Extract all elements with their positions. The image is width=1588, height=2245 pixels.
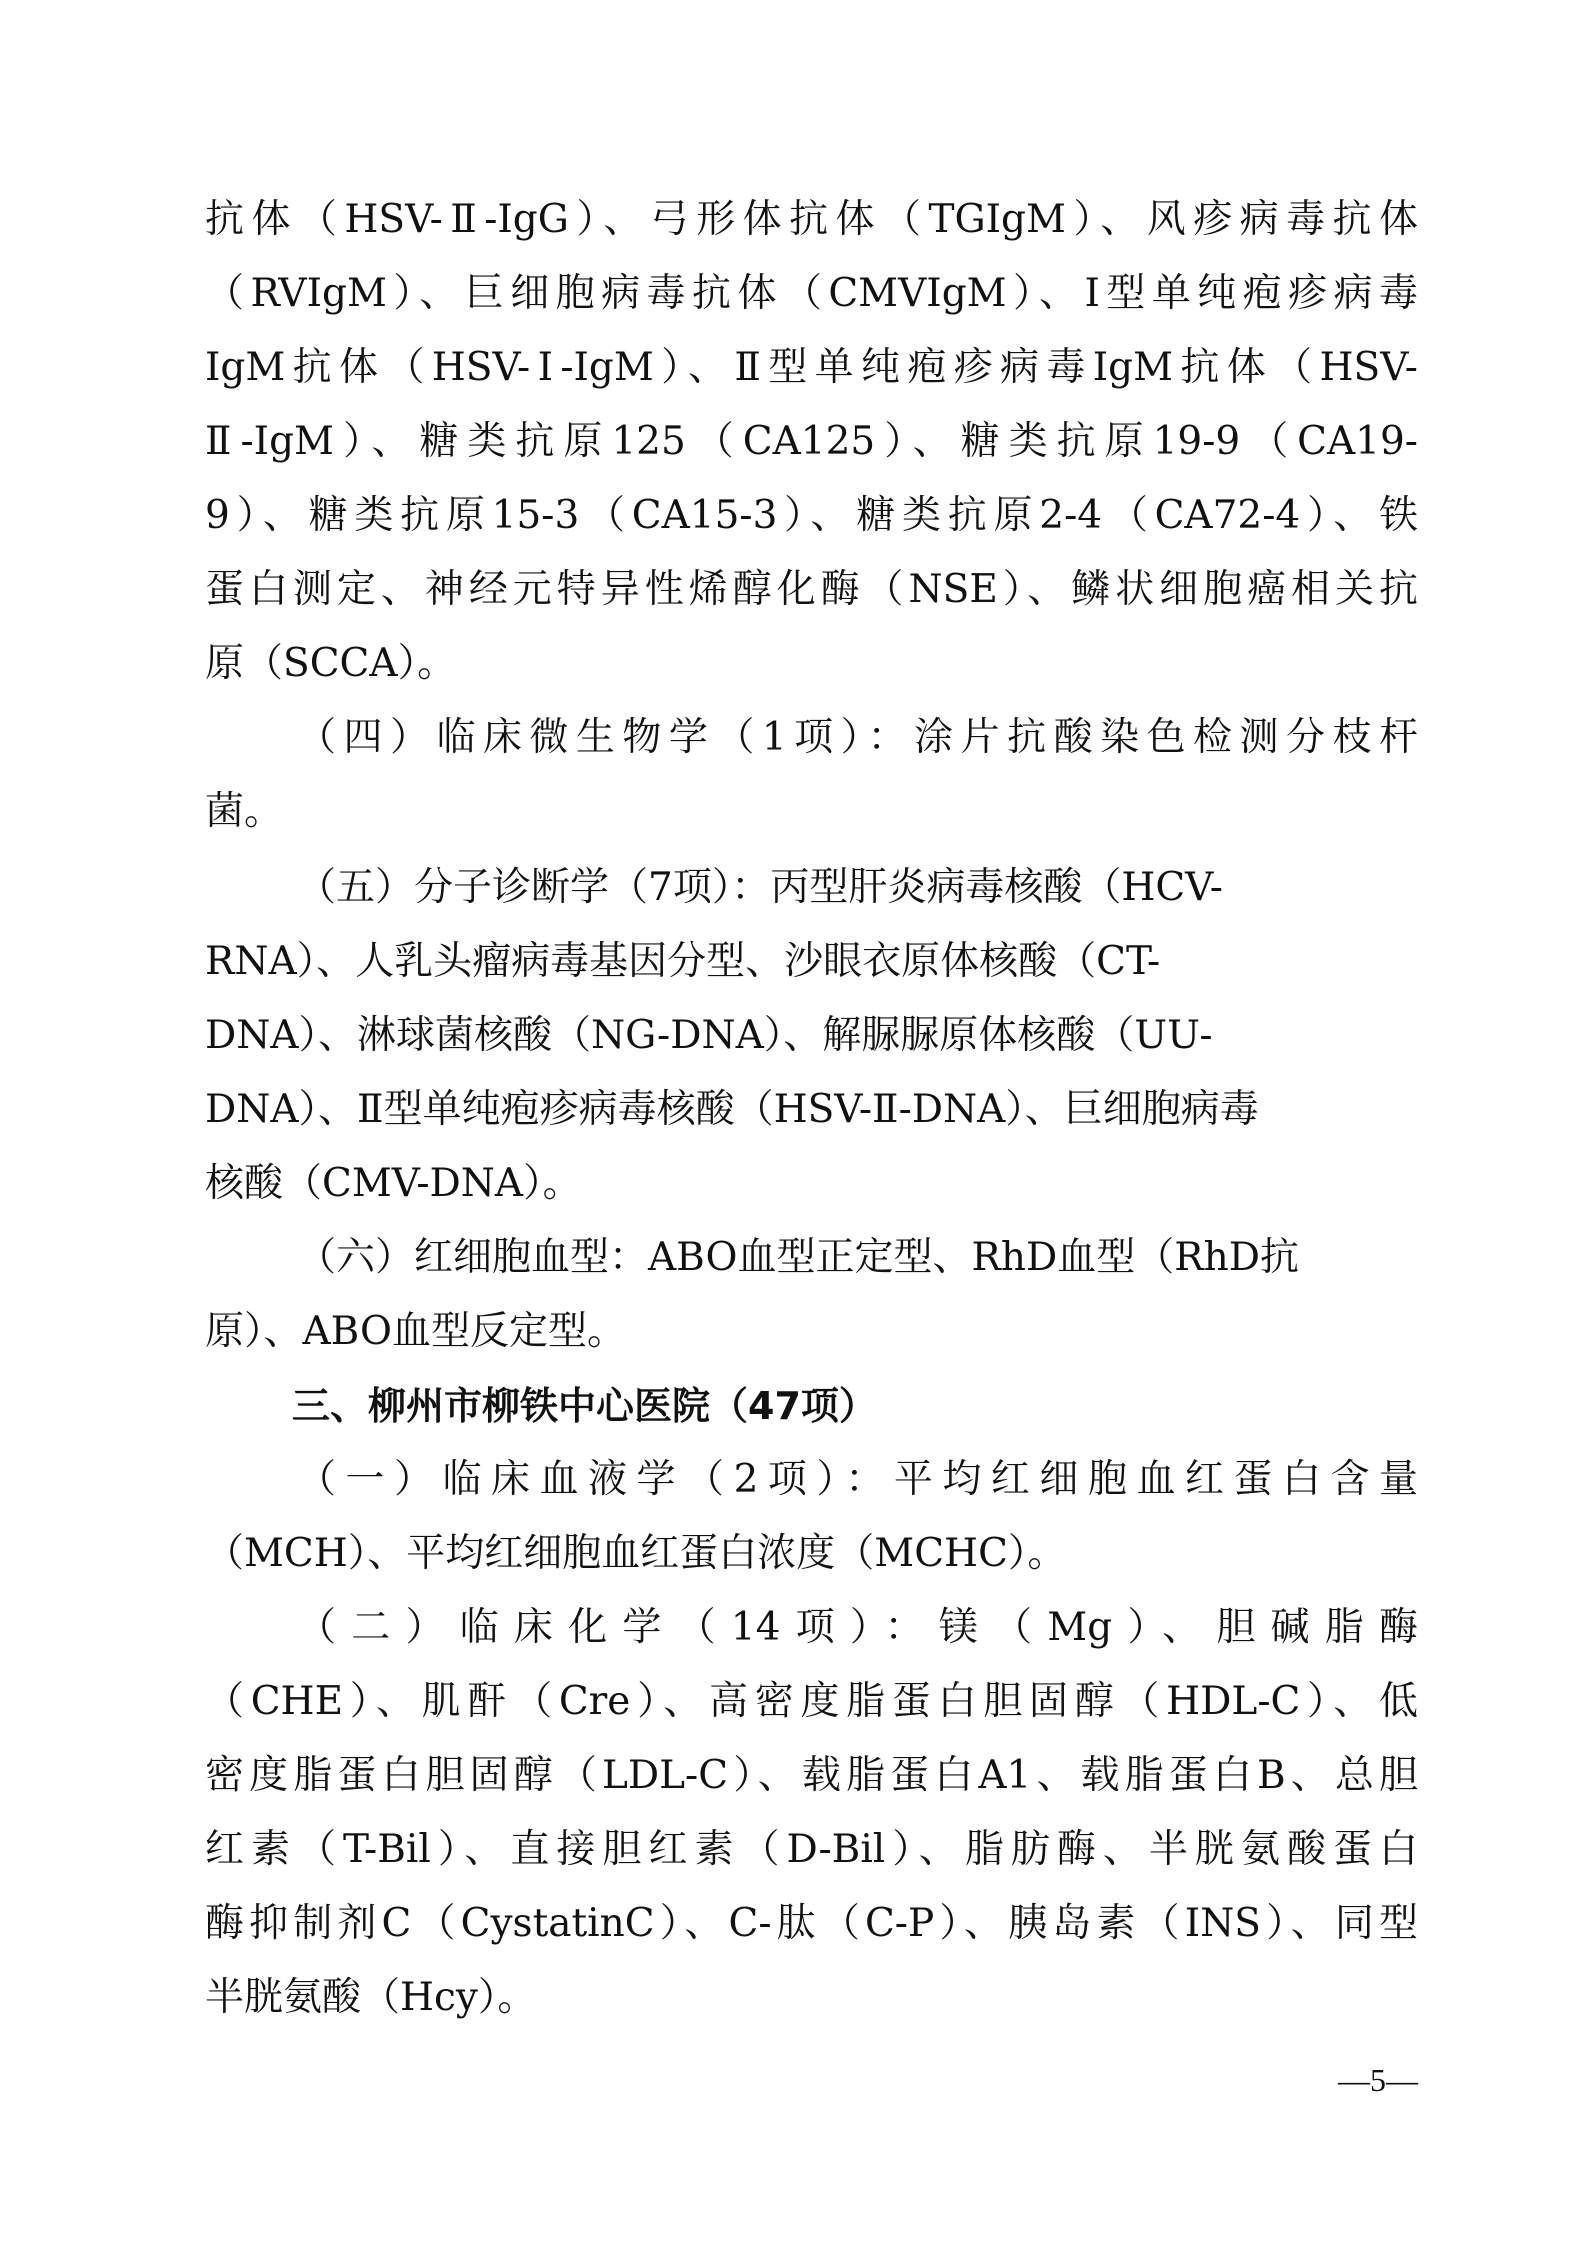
- paragraph-line: 密度脂蛋白胆固醇（LDL-C）、载脂蛋白A1、载脂蛋白B、总胆: [205, 1746, 1418, 1806]
- paragraph-line: （RVIgM）、巨细胞病毒抗体（CMVIgM）、Ⅰ型单纯疱疹病毒: [205, 264, 1418, 324]
- paragraph-line: 原（SCCA）。: [205, 634, 1418, 694]
- paragraph-line: 菌。: [205, 782, 1418, 842]
- paragraph-line: 蛋白测定、神经元特异性烯醇化酶（NSE）、鳞状细胞癌相关抗: [205, 560, 1418, 620]
- paragraph-line: DNA）、淋球菌核酸（NG-DNA）、解脲脲原体核酸（UU-: [205, 1006, 1418, 1066]
- paragraph-line: 半胱氨酸（Hcy）。: [205, 1968, 1418, 2028]
- paragraph-line: 抗体（HSV-Ⅱ-IgG）、弓形体抗体（TGIgM）、风疹病毒抗体: [205, 190, 1418, 250]
- paragraph-line: （MCH）、平均红细胞血红蛋白浓度（MCHC）。: [205, 1524, 1418, 1584]
- section-heading-hospital: 三、柳州市柳铁中心医院（47项）: [292, 1376, 877, 1436]
- page-number: —5—: [1318, 2060, 1418, 2100]
- paragraph-line: 原）、ABO血型反定型。: [205, 1302, 1418, 1362]
- document-page: 抗体（HSV-Ⅱ-IgG）、弓形体抗体（TGIgM）、风疹病毒抗体 （RVIgM…: [0, 0, 1588, 2245]
- paragraph-line: （CHE）、肌酐（Cre）、高密度脂蛋白胆固醇（HDL-C）、低: [205, 1672, 1418, 1732]
- section-molecular-diagnostics-line: （五）分子诊断学（7项）：丙型肝炎病毒核酸（HCV-: [297, 858, 1418, 918]
- paragraph-line: DNA）、Ⅱ型单纯疱疹病毒核酸（HSV-Ⅱ-DNA）、巨细胞病毒: [205, 1080, 1418, 1140]
- paragraph-line: 核酸（CMV-DNA）。: [205, 1154, 1418, 1214]
- paragraph-line: IgM抗体（HSV-Ⅰ-IgM）、Ⅱ型单纯疱疹病毒IgM抗体（HSV-: [205, 338, 1418, 398]
- paragraph-line: RNA）、人乳头瘤病毒基因分型、沙眼衣原体核酸（CT-: [205, 932, 1418, 992]
- section-clinical-chemistry-line: （二）临床化学（14项）：镁（Mg）、胆碱脂酶: [297, 1598, 1418, 1658]
- section-blood-type-line: （六）红细胞血型：ABO血型正定型、RhD血型（RhD抗: [297, 1228, 1418, 1288]
- paragraph-line: 9）、糖类抗原15-3（CA15-3）、糖类抗原2-4（CA72-4）、铁: [205, 486, 1418, 546]
- section-hematology-line: （一）临床血液学（2项）：平均红细胞血红蛋白含量: [297, 1450, 1418, 1510]
- section-microbiology-line: （四）临床微生物学（1项）：涂片抗酸染色检测分枝杆: [297, 708, 1418, 768]
- paragraph-line: 酶抑制剂C（CystatinC）、C-肽（C-P）、胰岛素（INS）、同型: [205, 1894, 1418, 1954]
- paragraph-line: Ⅱ-IgM）、糖类抗原125（CA125）、糖类抗原19-9（CA19-: [205, 412, 1418, 472]
- paragraph-line: 红素（T-Bil）、直接胆红素（D-Bil）、脂肪酶、半胱氨酸蛋白: [205, 1820, 1418, 1880]
